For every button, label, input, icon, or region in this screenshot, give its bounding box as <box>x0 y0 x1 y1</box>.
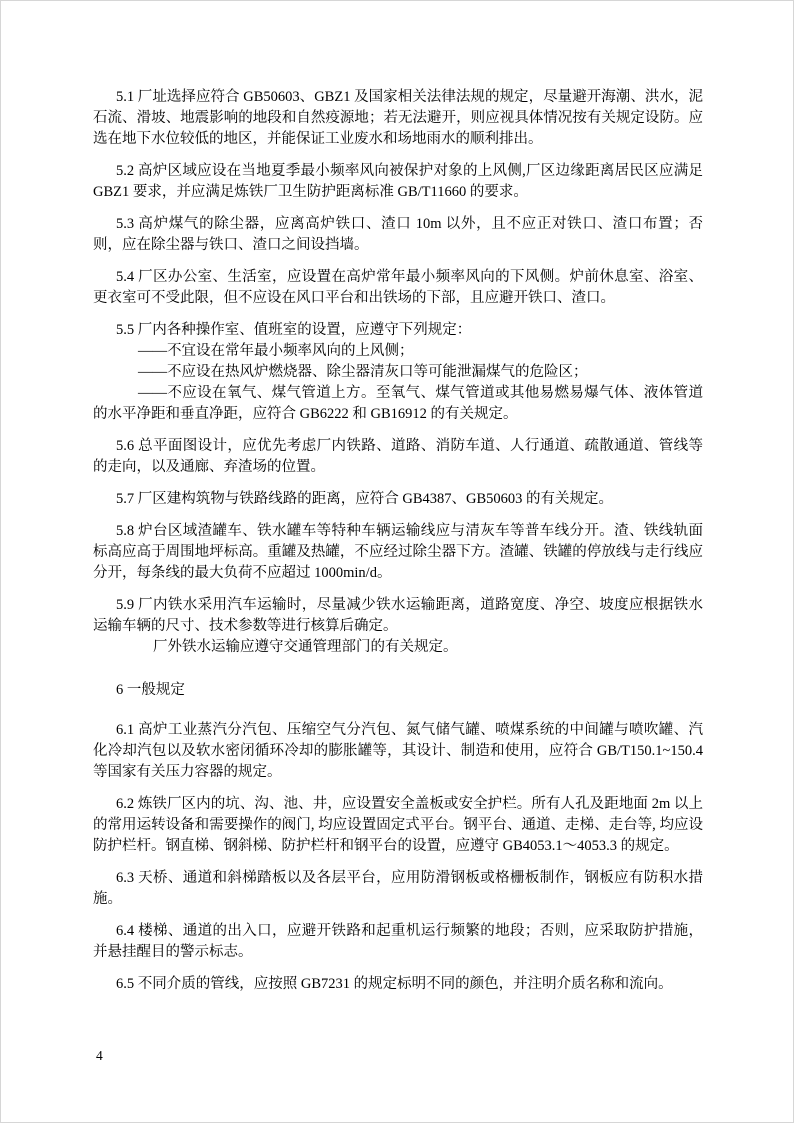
clause-6-5: 6.5 不同介质的管线，应按照 GB7231 的规定标明不同的颜色，并注明介质名… <box>93 974 703 995</box>
clause-5-5-dash-item-1: ——不宜设在常年最小频率风向的上风侧； <box>93 341 703 362</box>
clause-5-5-dash-item-2: ——不应设在热风炉燃烧器、除尘器清灰口等可能泄漏煤气的危险区； <box>93 362 703 383</box>
clause-5-7: 5.7 厂区建构筑物与铁路线路的距离，应符合 GB4387、GB50603 的有… <box>93 489 703 510</box>
clause-5-5: 5.5 厂内各种操作室、值班室的设置，应遵守下列规定： <box>93 320 703 341</box>
document-body: 5.1 厂址选择应符合 GB50603、GBZ1 及国家相关法律法规的规定，尽量… <box>93 87 703 995</box>
clause-6-2: 6.2 炼铁厂区内的坑、沟、池、井，应设置安全盖板或安全护栏。所有人孔及距地面 … <box>93 794 703 857</box>
clause-6-1: 6.1 高炉工业蒸汽分汽包、压缩空气分汽包、氮气储气罐、喷煤系统的中间罐与喷吹罐… <box>93 720 703 783</box>
clause-5-9: 5.9 厂内铁水采用汽车运输时，尽量减少铁水运输距离，道路宽度、净空、坡度应根据… <box>93 595 703 637</box>
clause-6-4: 6.4 楼梯、通道的出入口，应避开铁路和起重机运行频繁的地段；否则，应采取防护措… <box>93 921 703 963</box>
clause-5-3: 5.3 高炉煤气的除尘器，应离高炉铁口、渣口 10m 以外，且不应正对铁口、渣口… <box>93 214 703 256</box>
clause-5-4: 5.4 厂区办公室、生活室，应设置在高炉常年最小频率风向的下风侧。炉前休息室、浴… <box>93 267 703 309</box>
clause-5-9-continuation: 厂外铁水运输应遵守交通管理部门的有关规定。 <box>93 637 703 658</box>
page-number: 4 <box>96 1048 103 1064</box>
document-page: 5.1 厂址选择应符合 GB50603、GBZ1 及国家相关法律法规的规定，尽量… <box>0 0 794 1123</box>
clause-5-2: 5.2 高炉区域应设在当地夏季最小频率风向被保护对象的上风侧,厂区边缘距离居民区… <box>93 161 703 203</box>
clause-5-6: 5.6 总平面图设计，应优先考虑厂内铁路、道路、消防车道、人行通道、疏散通道、管… <box>93 436 703 478</box>
clause-5-5-dash-item-3: ——不应设在氧气、煤气管道上方。至氧气、煤气管道或其他易燃易爆气体、液体管道的水… <box>93 383 703 425</box>
clause-6-3: 6.3 天桥、通道和斜梯踏板以及各层平台，应用防滑钢板或格栅板制作，钢板应有防积… <box>93 868 703 910</box>
section-6-heading: 6 一般规定 <box>93 680 703 701</box>
clause-5-8: 5.8 炉台区域渣罐车、铁水罐车等特种车辆运输线应与清灰车等普车线分开。渣、铁线… <box>93 521 703 584</box>
clause-5-1: 5.1 厂址选择应符合 GB50603、GBZ1 及国家相关法律法规的规定，尽量… <box>93 87 703 150</box>
